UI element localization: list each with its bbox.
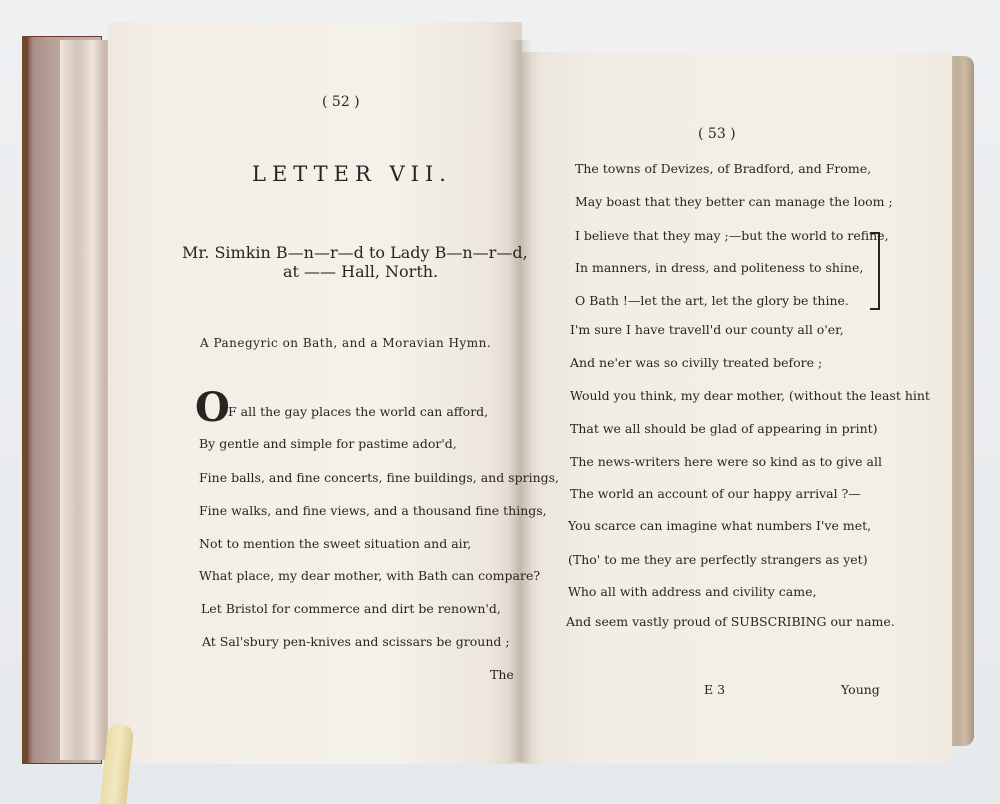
letter-subtitle: A Panegyric on Bath, and a Moravian Hymn…: [200, 336, 491, 350]
verse-line: F all the gay places the world can affor…: [228, 404, 488, 419]
verse-line: Who all with address and civility came,: [568, 584, 816, 599]
verse-line: In manners, in dress, and politeness to …: [575, 260, 863, 275]
cover-edge: [22, 36, 28, 764]
verse-line: The world an account of our happy arriva…: [570, 486, 861, 501]
verse-line: I'm sure I have travell'd our county all…: [570, 322, 844, 337]
verse-line: By gentle and simple for pastime ador'd,: [199, 436, 457, 451]
book-gutter: [508, 40, 532, 762]
letter-heading: LETTER VII.: [252, 162, 452, 186]
verse-line: You scarce can imagine what numbers I've…: [568, 518, 871, 533]
right-page: [520, 52, 952, 764]
verse-bracket: [870, 232, 880, 310]
drop-cap: O: [195, 388, 230, 428]
verse-line: And seem vastly proud of SUBSCRIBING our…: [566, 614, 895, 629]
verse-line: May boast that they better can manage th…: [575, 194, 893, 209]
verse-line: Would you think, my dear mother, (withou…: [570, 388, 930, 403]
verse-line: Fine balls, and fine concerts, fine buil…: [199, 470, 559, 485]
left-page: [108, 22, 522, 764]
verse-line: (Tho' to me they are perfectly strangers…: [568, 552, 868, 567]
catchword-left: The: [490, 667, 514, 682]
verse-line: At Sal'sbury pen-knives and scissars be …: [202, 634, 510, 649]
salutation-line-1: Mr. Simkin B—n—r—d to Lady B—n—r—d,: [182, 243, 528, 262]
catchword-right: Young: [841, 682, 880, 697]
verse-line: The towns of Devizes, of Bradford, and F…: [575, 161, 871, 176]
verse-line: I believe that they may ;—but the world …: [575, 228, 889, 243]
page-number-left: ( 52 ): [322, 94, 360, 110]
verse-line: That we all should be glad of appearing …: [570, 421, 878, 436]
verse-line: Let Bristol for commerce and dirt be ren…: [201, 601, 501, 616]
salutation-line-2: at —— Hall, North.: [283, 262, 438, 281]
verse-line: The news-writers here were so kind as to…: [570, 454, 882, 469]
signature-mark: E 3: [704, 682, 725, 697]
verse-line: Not to mention the sweet situation and a…: [199, 536, 471, 551]
verse-line: Fine walks, and fine views, and a thousa…: [199, 503, 547, 518]
verse-line: What place, my dear mother, with Bath ca…: [199, 568, 540, 583]
page-number-right: ( 53 ): [698, 126, 736, 142]
verse-line: O Bath !—let the art, let the glory be t…: [575, 293, 849, 308]
verse-line: And ne'er was so civilly treated before …: [570, 355, 822, 370]
